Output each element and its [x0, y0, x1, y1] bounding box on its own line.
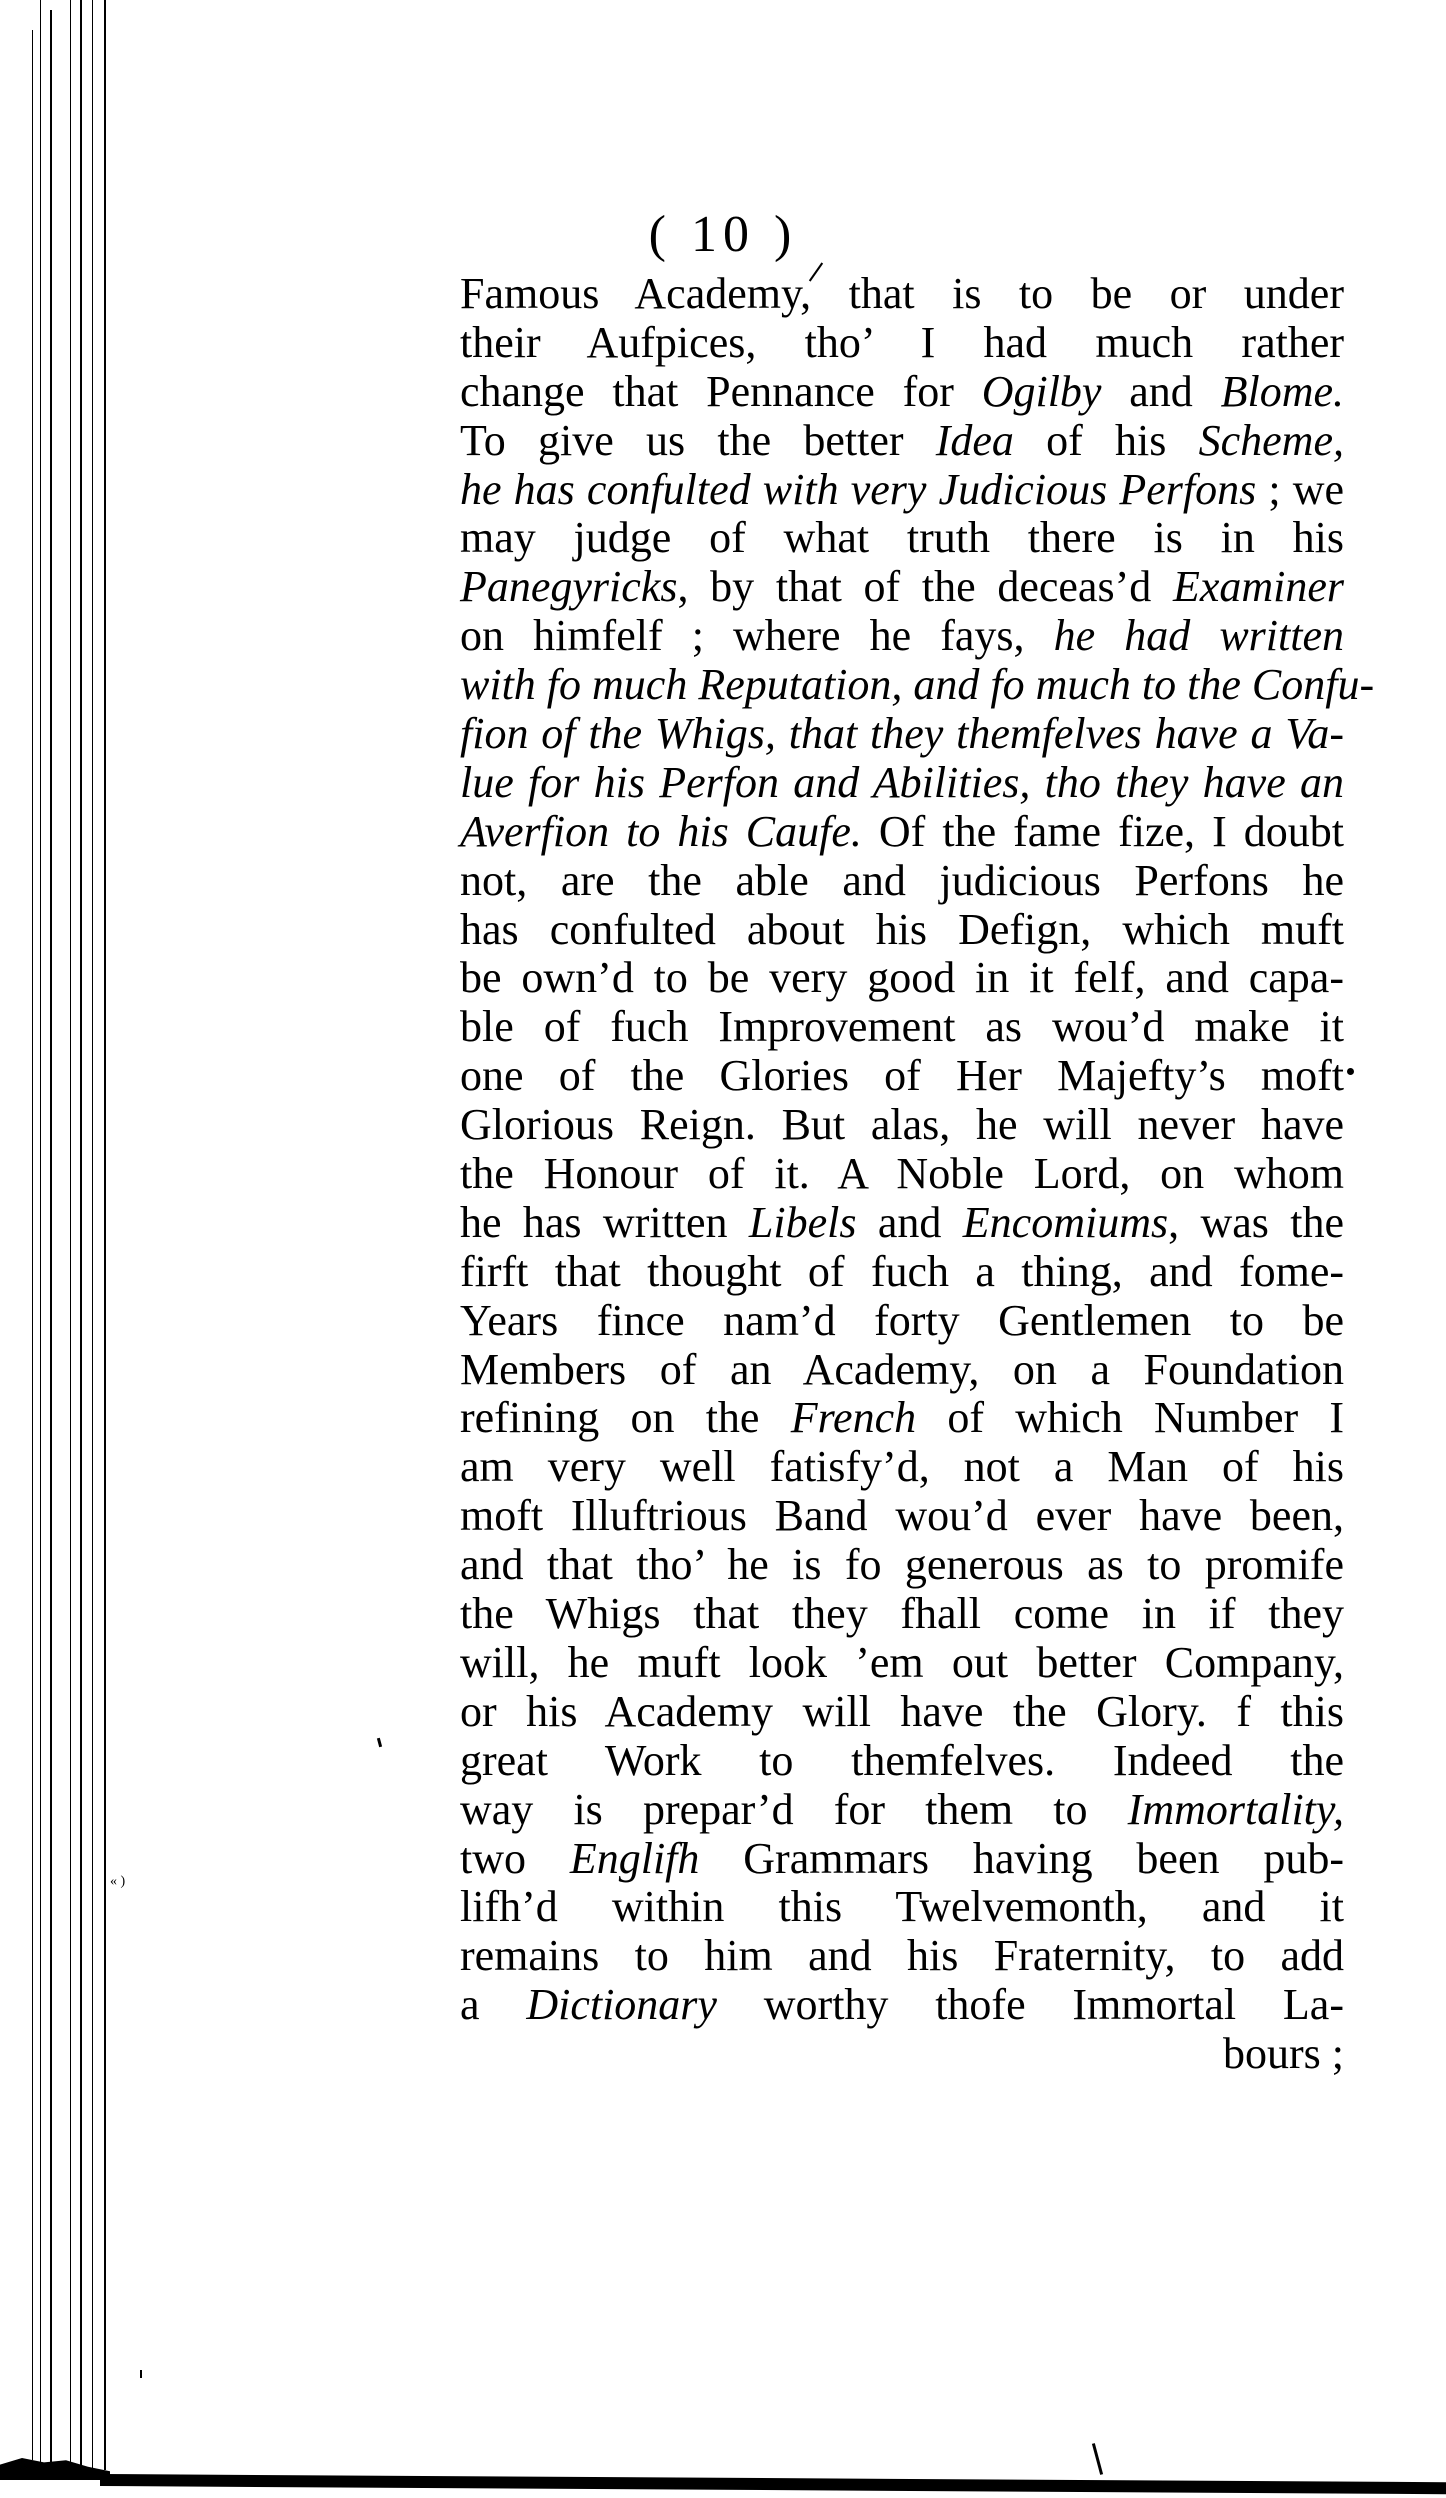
page-edge-line — [50, 10, 52, 2470]
roman-text: and — [1101, 367, 1220, 416]
italic-text: Dictionary — [526, 1980, 717, 2029]
text-line: firft that thought of fuch a thing, and … — [460, 1248, 1344, 1297]
text-line: has confulted about his Defign, which mu… — [460, 906, 1344, 955]
page-number-label: ( 10 ) — [649, 206, 798, 263]
roman-text: Members of an Academy, on a Foundation — [460, 1345, 1344, 1394]
text-line: with fo much Reputation, and fo much to … — [460, 661, 1344, 710]
text-line: their Aufpices, tho’ I had much rather — [460, 319, 1344, 368]
italic-text: Encomiums — [963, 1198, 1168, 1247]
scan-bottom-edge — [100, 2474, 1446, 2494]
roman-text: Famous Academy, that is to be or under — [460, 269, 1344, 318]
roman-text: the Honour of it. A Noble Lord, on whom — [460, 1149, 1344, 1198]
text-line: fion of the Whigs, that they themfelves … — [460, 710, 1344, 759]
roman-text: remains to him and his Fraternity, to ad… — [460, 1931, 1344, 1980]
roman-text: moft Illuftrious Band wou’d ever have be… — [460, 1491, 1344, 1540]
text-line: lifh’d within this Twelvemonth, and it — [460, 1883, 1344, 1932]
text-line: ble of fuch Improvement as wou’d make it — [460, 1003, 1344, 1052]
roman-text: not, are the able and judicious Perfons … — [460, 856, 1344, 905]
text-line: great Work to themfelves. Indeed the — [460, 1737, 1344, 1786]
italic-text: French — [791, 1393, 916, 1442]
roman-text: of which Number I — [916, 1393, 1344, 1442]
roman-text: bours ; — [1223, 2029, 1344, 2078]
stray-ink-mark — [140, 2370, 142, 2378]
roman-text: Grammars having been pub- — [699, 1834, 1344, 1883]
text-line: one of the Glories of Her Majefty’s moft — [460, 1052, 1344, 1101]
roman-text: Glorious Reign. But alas, he will never … — [460, 1100, 1344, 1149]
text-line: moft Illuftrious Band wou’d ever have be… — [460, 1492, 1344, 1541]
text-line: way is prepar’d for them to Immortality, — [460, 1786, 1344, 1835]
roman-text: , by that of the deceas’d — [677, 562, 1172, 611]
roman-text: one of the Glories of Her Majefty’s moft — [460, 1051, 1344, 1100]
roman-text: be own’d to be very good in it felf, and… — [460, 953, 1344, 1002]
roman-text: , was the — [1168, 1198, 1344, 1247]
text-line: Years fince nam’d forty Gentlemen to be — [460, 1297, 1344, 1346]
text-line: Panegyricks, by that of the deceas’d Exa… — [460, 563, 1344, 612]
text-line: be own’d to be very good in it felf, and… — [460, 954, 1344, 1003]
italic-text: he has confulted with very Judicious Per… — [460, 465, 1256, 514]
text-line: may judge of what truth there is in his — [460, 514, 1344, 563]
text-line: a Dictionary worthy thofe Immortal La- — [460, 1981, 1344, 2030]
roman-text: of his — [1014, 416, 1199, 465]
roman-text: will, he muft look ’em out better Compan… — [460, 1638, 1344, 1687]
roman-text: or his Academy will have the Glory. f th… — [460, 1687, 1344, 1736]
italic-text: Averfion to his Caufe. — [460, 807, 862, 856]
roman-text: To give us the better — [460, 416, 936, 465]
roman-text: change that Pennance for — [460, 367, 982, 416]
text-line: change that Pennance for Ogilby and Blom… — [460, 368, 1344, 417]
roman-text: firft that thought of fuch a thing, and … — [460, 1247, 1344, 1296]
roman-text: and that tho’ he is fo generous as to pr… — [460, 1540, 1344, 1589]
page-edge-line — [80, 0, 82, 2470]
text-line: Famous Academy, that is to be or under — [460, 270, 1344, 319]
italic-text: Idea — [936, 416, 1014, 465]
page-number: ( 10 ) — [0, 205, 1446, 265]
italic-text: Panegyricks — [460, 562, 677, 611]
roman-text: great Work to themfelves. Indeed the — [460, 1736, 1344, 1785]
roman-text: ble of fuch Improvement as wou’d make it — [460, 1002, 1344, 1051]
text-line: he has written Libels and Encomiums, was… — [460, 1199, 1344, 1248]
text-line: To give us the better Idea of his Scheme… — [460, 417, 1344, 466]
roman-text: Years fince nam’d forty Gentlemen to be — [460, 1296, 1344, 1345]
text-line: or his Academy will have the Glory. f th… — [460, 1688, 1344, 1737]
roman-text: a — [460, 1980, 526, 2029]
text-line: lue for his Perfon and Abilities, tho th… — [460, 759, 1344, 808]
stray-ink-mark — [377, 1738, 382, 1747]
italic-text: fion of the Whigs, that they themfelves … — [460, 709, 1344, 758]
text-line: Members of an Academy, on a Foundation — [460, 1346, 1344, 1395]
text-line: am very well fatisfy’d, not a Man of his — [460, 1443, 1344, 1492]
text-line: and that tho’ he is fo generous as to pr… — [460, 1541, 1344, 1590]
book-gutter-page-edges — [0, 0, 130, 2480]
page-edge-line — [92, 0, 93, 2470]
margin-dot-mark — [1347, 1068, 1354, 1075]
text-line: remains to him and his Fraternity, to ad… — [460, 1932, 1344, 1981]
roman-text: am very well fatisfy’d, not a Man of his — [460, 1442, 1344, 1491]
roman-text: lifh’d within this Twelvemonth, and it — [460, 1882, 1344, 1931]
roman-text: worthy thofe Immortal La- — [717, 1980, 1344, 2029]
stray-ink-mark — [1092, 2443, 1103, 2475]
text-line: not, are the able and judicious Perfons … — [460, 857, 1344, 906]
roman-text: on himfelf ; where he fays, — [460, 611, 1054, 660]
italic-text: lue for his Perfon and Abilities, tho th… — [460, 758, 1344, 807]
italic-text: Englifh — [570, 1834, 700, 1883]
italic-text: Ogilby — [982, 367, 1102, 416]
text-line: will, he muft look ’em out better Compan… — [460, 1639, 1344, 1688]
italic-text: Libels — [749, 1198, 857, 1247]
roman-text: he has written — [460, 1198, 749, 1247]
page-edge-line — [40, 0, 41, 2470]
page-edge-line — [32, 30, 33, 2460]
page-edge-line — [104, 0, 106, 2470]
italic-text: Immortality, — [1128, 1785, 1344, 1834]
text-line: bours ; — [460, 2030, 1344, 2079]
page-body-text: Famous Academy, that is to be or underth… — [460, 270, 1344, 2079]
text-line: refining on the French of which Number I — [460, 1394, 1344, 1443]
roman-text: two — [460, 1834, 570, 1883]
text-line: on himfelf ; where he fays, he had writt… — [460, 612, 1344, 661]
italic-text: Blome. — [1221, 367, 1344, 416]
roman-text: ; we — [1256, 465, 1344, 514]
text-line: the Whigs that they fhall come in if the… — [460, 1590, 1344, 1639]
italic-text: Scheme, — [1199, 416, 1344, 465]
text-line: two Englifh Grammars having been pub- — [460, 1835, 1344, 1884]
page-edge-line — [70, 0, 71, 2470]
italic-text: with fo much Reputation, and fo much to … — [460, 660, 1374, 709]
roman-text: refining on the — [460, 1393, 791, 1442]
text-line: Glorious Reign. But alas, he will never … — [460, 1101, 1344, 1150]
roman-text: the Whigs that they fhall come in if the… — [460, 1589, 1344, 1638]
text-line: the Honour of it. A Noble Lord, on whom — [460, 1150, 1344, 1199]
italic-text: Examiner — [1173, 562, 1344, 611]
roman-text: has confulted about his Defign, which mu… — [460, 905, 1344, 954]
gutter-stray-marks: « ) — [110, 1875, 125, 1889]
roman-text: Of the fame fize, I doubt — [862, 807, 1344, 856]
roman-text: way is prepar’d for them to — [460, 1785, 1128, 1834]
roman-text: may judge of what truth there is in his — [460, 513, 1344, 562]
roman-text: and — [857, 1198, 963, 1247]
text-line: Averfion to his Caufe. Of the fame fize,… — [460, 808, 1344, 857]
text-line: he has confulted with very Judicious Per… — [460, 466, 1344, 515]
roman-text: their Aufpices, tho’ I had much rather — [460, 318, 1344, 367]
italic-text: he had written — [1054, 611, 1344, 660]
